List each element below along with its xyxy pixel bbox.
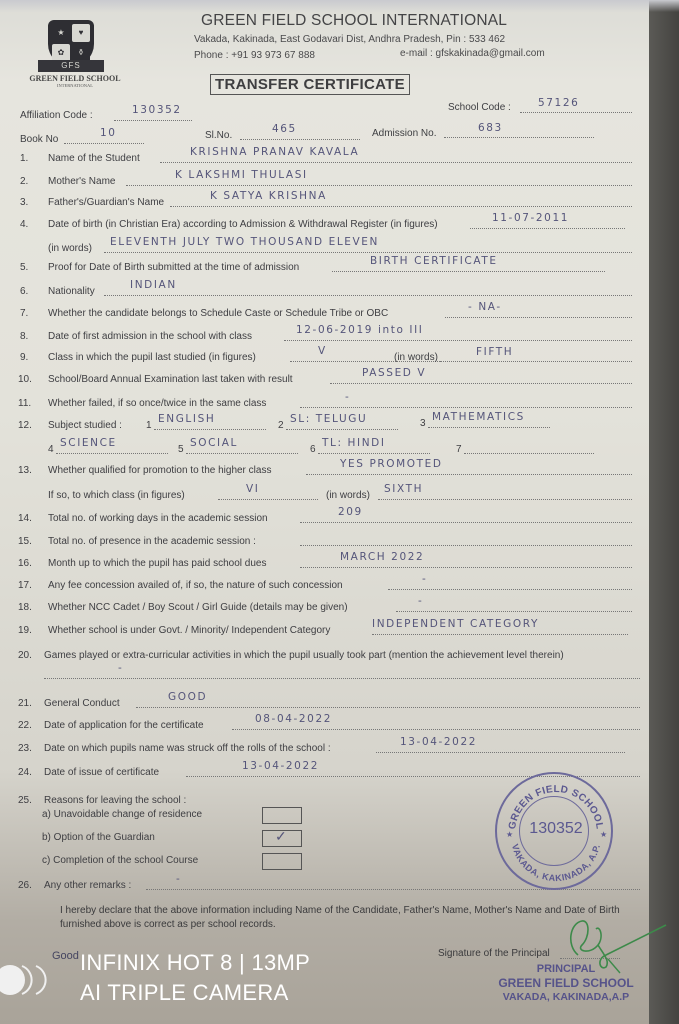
book-no-label: Book No <box>20 134 58 145</box>
dotted-line <box>445 317 632 318</box>
stamp-code: 130352 <box>497 820 615 838</box>
field-label: Date on which pupils name was struck off… <box>44 743 331 754</box>
dotted-line <box>330 383 632 384</box>
field-value: - <box>176 873 181 885</box>
field-value: 13-04-2022 <box>400 736 477 748</box>
school-logo: ★♥✿⚱ GFS GREEN FIELD SCHOOL INTERNATIONA… <box>20 20 130 95</box>
field-value: PASSED V <box>362 367 426 379</box>
dotted-line <box>378 499 632 500</box>
subject-number: 2 <box>278 420 284 431</box>
dotted-line <box>444 137 594 138</box>
field-value: YES PROMOTED <box>340 458 443 470</box>
field-number: 21. <box>18 698 32 709</box>
dotted-line <box>286 429 398 430</box>
subject-number: 7 <box>456 444 462 455</box>
subject-number: 4 <box>48 444 54 455</box>
field-value: 11-07-2011 <box>492 212 569 224</box>
field-sub-value: VI <box>246 483 259 495</box>
field-value: - NA- <box>468 301 502 313</box>
dotted-line <box>160 162 632 163</box>
dotted-line <box>218 499 318 500</box>
field-label: Any other remarks : <box>44 880 131 891</box>
field-label: General Conduct <box>44 698 120 709</box>
dotted-line <box>232 729 640 730</box>
field-number: 25. <box>18 795 32 806</box>
dotted-line <box>114 120 192 121</box>
field-label: Date of issue of certificate <box>44 767 159 778</box>
reason-checkbox[interactable]: ✓ <box>262 830 302 847</box>
field-number: 24. <box>18 767 32 778</box>
subject-value: TL: HINDI <box>322 437 386 449</box>
school-code-value: 57126 <box>538 97 579 109</box>
field-value: INDIAN <box>130 279 177 291</box>
field-words-value: ELEVENTH JULY TWO THOUSAND ELEVEN <box>110 236 379 248</box>
field-number: 4. <box>20 219 28 230</box>
dotted-line <box>372 634 628 635</box>
subject-value: SCIENCE <box>60 437 117 449</box>
field-label: Mother's Name <box>48 176 116 187</box>
school-phone: Phone : +91 93 973 67 888 <box>194 50 315 61</box>
field-label: Date of birth (in Christian Era) accordi… <box>48 219 438 230</box>
reason-option-1: b) Option of the Guardian <box>42 832 155 843</box>
signature-label: Signature of the Principal <box>438 948 550 959</box>
field-label: Nationality <box>48 286 95 297</box>
field-number: 15. <box>18 536 32 547</box>
field-label: Whether the candidate belongs to Schedul… <box>48 308 388 319</box>
field-value: - <box>418 595 423 607</box>
logo-name: GREEN FIELD SCHOOL <box>20 74 130 83</box>
field-label: Date of first admission in the school wi… <box>48 331 252 342</box>
dotted-line <box>136 707 640 708</box>
field-label: Whether qualified for promotion to the h… <box>48 465 271 476</box>
checkmark-icon: ✓ <box>275 828 287 845</box>
field-label: Month up to which the pupil has paid sch… <box>48 558 266 569</box>
field-label: Subject studied : <box>48 420 122 431</box>
field-value: GOOD <box>168 691 207 703</box>
dotted-line <box>470 228 625 229</box>
dotted-line <box>186 453 298 454</box>
subject-value: MATHEMATICS <box>432 411 525 423</box>
affiliation-code-label: Affiliation Code : <box>20 110 93 121</box>
reason-option-2: c) Completion of the school Course <box>42 855 198 866</box>
dotted-line <box>284 340 632 341</box>
dotted-line <box>388 589 632 590</box>
field-words-value: FIFTH <box>476 346 513 358</box>
field-label: Games played or extra-curricular activit… <box>44 650 564 661</box>
reason-option-0: a) Unavoidable change of residence <box>42 809 202 820</box>
reason-checkbox[interactable] <box>262 853 302 870</box>
field-number: 22. <box>18 720 32 731</box>
field-value: V <box>318 345 327 357</box>
camera-brand-icon <box>0 960 62 1000</box>
subject-value: SOCIAL <box>190 437 238 449</box>
field-label: Total no. of presence in the academic se… <box>48 536 256 547</box>
reason-checkbox[interactable] <box>262 807 302 824</box>
sl-no-value: 465 <box>272 123 297 135</box>
dotted-line <box>396 611 632 612</box>
field-number: 18. <box>18 602 32 613</box>
field-number: 12. <box>18 420 32 431</box>
dotted-line <box>332 271 605 272</box>
top-shadow <box>0 0 679 12</box>
field-value: K LAKSHMI THULASI <box>175 169 308 181</box>
camera-watermark-line2: AI TRIPLE CAMERA <box>80 978 310 1008</box>
school-stamp: GREEN FIELD SCHOOL VAKADA, KAKINADA, A.P… <box>495 772 613 890</box>
admission-no-label: Admission No. <box>372 128 436 139</box>
dotted-line <box>428 427 550 428</box>
dotted-line <box>464 453 594 454</box>
principal-seal: PRINCIPAL GREEN FIELD SCHOOL VAKADA, KAK… <box>486 962 646 1004</box>
camera-watermark: INFINIX HOT 8 | 13MP AI TRIPLE CAMERA <box>80 948 310 1008</box>
field-number: 8. <box>20 331 28 342</box>
field-number: 1. <box>20 153 28 164</box>
sl-no-label: Sl.No. <box>205 130 232 141</box>
field-words-value: SIXTH <box>384 483 423 495</box>
field-number: 7. <box>20 308 28 319</box>
dotted-line <box>300 407 632 408</box>
book-no-value: 10 <box>100 127 117 139</box>
field-value: - <box>118 662 123 674</box>
field-value: 12-06-2019 into III <box>296 324 424 336</box>
dotted-line <box>44 678 640 679</box>
dotted-line <box>56 453 168 454</box>
camera-watermark-line1: INFINIX HOT 8 | 13MP <box>80 948 310 978</box>
dotted-line <box>520 112 632 113</box>
dotted-line <box>306 474 632 475</box>
field-label: School/Board Annual Examination last tak… <box>48 374 293 385</box>
field-label: Father's/Guardian's Name <box>48 197 164 208</box>
dotted-line <box>300 522 632 523</box>
dotted-line <box>318 453 430 454</box>
field-label: Date of application for the certificate <box>44 720 204 731</box>
principal-title: PRINCIPAL <box>486 962 646 976</box>
school-code-label: School Code : <box>448 102 511 113</box>
field-value: 209 <box>338 506 363 518</box>
field-number: 26. <box>18 880 32 891</box>
field-value: - <box>422 573 427 585</box>
field-value: 08-04-2022 <box>255 713 332 725</box>
field-sub-label: If so, to which class (in figures) <box>48 490 185 501</box>
affiliation-code-value: 130352 <box>132 104 182 116</box>
background-surface <box>649 0 679 1024</box>
subject-number: 5 <box>178 444 184 455</box>
field-label: Name of the Student <box>48 153 140 164</box>
school-email: e-mail : gfskakinada@gmail.com <box>400 48 545 59</box>
field-words-label: (in words) <box>394 352 438 363</box>
field-value: 13-04-2022 <box>242 760 319 772</box>
dotted-line <box>104 252 632 253</box>
field-words-label: (in words) <box>326 490 370 501</box>
dotted-line <box>64 143 144 144</box>
subject-number: 1 <box>146 420 152 431</box>
field-value: KRISHNA PRANAV KAVALA <box>190 146 359 158</box>
document-title: TRANSFER CERTIFICATE <box>210 74 410 95</box>
dotted-line <box>104 295 632 296</box>
field-number: 3. <box>20 197 28 208</box>
field-number: 13. <box>18 465 32 476</box>
field-value: K SATYA KRISHNA <box>210 190 327 202</box>
principal-school: GREEN FIELD SCHOOL <box>486 976 646 990</box>
field-value: INDEPENDENT CATEGORY <box>372 618 539 630</box>
dotted-line <box>376 752 625 753</box>
field-label: Whether school is under Govt. / Minority… <box>48 625 330 636</box>
school-address: Vakada, Kakinada, East Godavari Dist, An… <box>194 34 505 45</box>
field-number: 14. <box>18 513 32 524</box>
subject-value: SL: TELUGU <box>290 413 367 425</box>
field-value: BIRTH CERTIFICATE <box>370 255 498 267</box>
field-number: 17. <box>18 580 32 591</box>
logo-ribbon: GFS <box>38 60 104 72</box>
field-label: Whether failed, if so once/twice in the … <box>48 398 266 409</box>
field-number: 9. <box>20 352 28 363</box>
principal-location: VAKADA, KAKINADA,A.P <box>486 990 646 1004</box>
field-label: Class in which the pupil last studied (i… <box>48 352 256 363</box>
field-number: 2. <box>20 176 28 187</box>
field-number: 19. <box>18 625 32 636</box>
field-number: 11. <box>18 398 31 409</box>
field-label: Whether NCC Cadet / Boy Scout / Girl Gui… <box>48 602 348 613</box>
field-label: Reasons for leaving the school : <box>44 795 186 806</box>
field-words-label: (in words) <box>48 243 92 254</box>
field-number: 16. <box>18 558 32 569</box>
field-value: - <box>345 391 350 403</box>
field-number: 10. <box>18 374 32 385</box>
field-number: 23. <box>18 743 32 754</box>
subject-value: ENGLISH <box>158 413 215 425</box>
field-label: Total no. of working days in the academi… <box>48 513 268 524</box>
field-label: Any fee concession availed of, if so, th… <box>48 580 343 591</box>
dotted-line <box>240 139 360 140</box>
dotted-line <box>300 567 632 568</box>
dotted-line <box>170 206 632 207</box>
logo-subtitle: INTERNATIONAL <box>20 83 130 88</box>
field-number: 5. <box>20 262 28 273</box>
admission-no-value: 683 <box>478 122 503 134</box>
dotted-line <box>300 545 632 546</box>
field-value: MARCH 2022 <box>340 551 424 563</box>
field-label: Proof for Date of Birth submitted at the… <box>48 262 299 273</box>
dotted-line <box>126 185 632 186</box>
subject-number: 3 <box>420 418 426 429</box>
field-number: 20. <box>18 650 32 661</box>
dotted-line <box>154 429 266 430</box>
school-name: GREEN FIELD SCHOOL INTERNATIONAL <box>201 12 507 30</box>
dotted-line <box>440 361 632 362</box>
field-number: 6. <box>20 286 28 297</box>
subject-number: 6 <box>310 444 316 455</box>
